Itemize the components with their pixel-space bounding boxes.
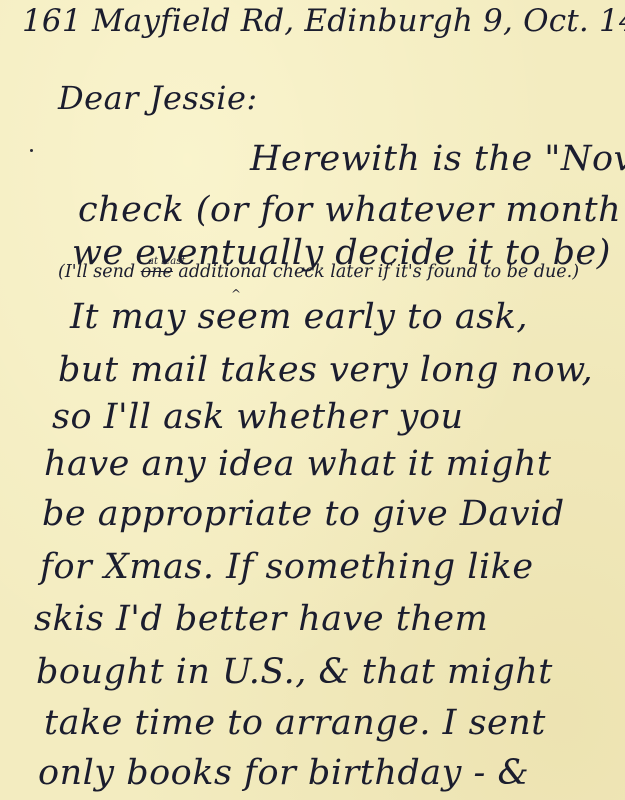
body-line-13: only books for birthday - & (38, 756, 529, 791)
margin-dot-mark (30, 149, 33, 152)
body-line-5: but mail takes very long now, (58, 353, 593, 388)
body-line-2: check (or for whatever month (78, 193, 621, 228)
body-line-11: bought in U.S., & that might (36, 655, 553, 690)
interlinear-note-prefix: (I'll send (58, 262, 141, 282)
interlinear-note-suffix: additional check later if it's found to … (173, 262, 579, 282)
body-line-7: have any idea what it might (44, 447, 551, 482)
interlinear-note: (I'll send one additional check later if… (58, 262, 579, 282)
letter-header-address-date: 161 Mayfield Rd, Edinburgh 9, Oct. 14, 1… (22, 6, 625, 37)
letter-page: 161 Mayfield Rd, Edinburgh 9, Oct. 14, 1… (0, 0, 625, 800)
body-line-12: take time to arrange. I sent (44, 706, 546, 741)
body-line-1: Herewith is the "Nov" (250, 142, 625, 177)
letter-salutation: Dear Jessie: (58, 82, 258, 114)
body-line-4: It may seem early to ask, (70, 300, 528, 335)
body-line-6: so I'll ask whether you (52, 400, 464, 435)
body-line-10: skis I'd better have them (34, 602, 488, 637)
interlinear-note-struck-word: one (141, 262, 173, 282)
body-line-8: be appropriate to give David (42, 497, 565, 532)
body-line-9: for Xmas. If something like (40, 550, 534, 585)
